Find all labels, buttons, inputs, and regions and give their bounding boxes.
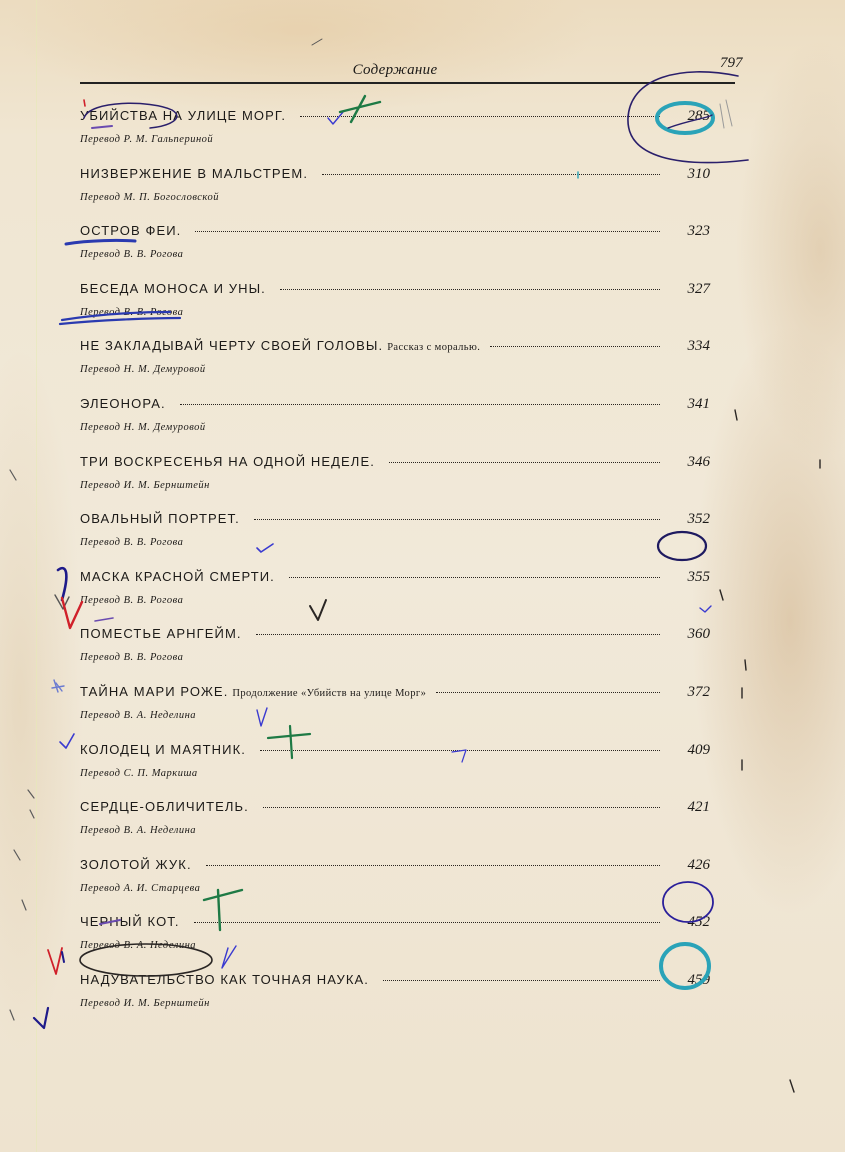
toc-entry-translator: Перевод Н. М. Демуровой <box>80 422 710 433</box>
toc-entry-page[interactable]: 346 <box>670 454 710 471</box>
toc-entry[interactable]: Остров феи. 323 Перевод В. В. Рогова <box>80 223 710 260</box>
toc-entry-page[interactable]: 426 <box>670 857 710 874</box>
toc-entry-page[interactable]: 421 <box>670 799 710 816</box>
toc-entry-page[interactable]: 409 <box>670 742 710 759</box>
toc-entry-translator: Перевод В. В. Рогова <box>80 595 710 606</box>
toc-entry[interactable]: Поместье Арнгейм. 360 Перевод В. В. Рого… <box>80 626 710 663</box>
toc-entry-title[interactable]: Поместье Арнгейм. <box>80 626 242 641</box>
toc-entry-line: Низвержение в Мальстрем. 310 <box>80 166 710 186</box>
toc-entry[interactable]: Убийства на улице Морг. 285 Перевод Р. М… <box>80 108 710 145</box>
toc-entry[interactable]: Не закладывай черту своей головы. Расска… <box>80 338 710 375</box>
toc-entry[interactable]: Черный кот. 452 Перевод В. А. Неделина <box>80 914 710 951</box>
toc-entry-title[interactable]: Сердце-обличитель. <box>80 799 249 814</box>
header-rule <box>80 82 735 84</box>
toc-entry[interactable]: Маска красной смерти. 355 Перевод В. В. … <box>80 569 710 606</box>
dot-leader <box>289 576 660 578</box>
toc-entry-page[interactable]: 310 <box>670 166 710 183</box>
dot-leader <box>383 979 660 981</box>
toc-entry-translator: Перевод И. М. Бернштейн <box>80 480 710 491</box>
toc-entry-translator: Перевод В. А. Неделина <box>80 710 710 721</box>
toc-entry-title[interactable]: Беседа Моноса и Уны. <box>80 281 266 296</box>
toc-entry-translator: Перевод В. А. Неделина <box>80 940 710 951</box>
toc-entry-title[interactable]: Овальный портрет. <box>80 511 240 526</box>
toc-entry-translator: Перевод В. В. Рогова <box>80 249 710 260</box>
toc-entry[interactable]: Золотой жук. 426 Перевод А. И. Старцева <box>80 857 710 894</box>
toc-entry-subtitle: Продолжение «Убийств на улице Морг» <box>232 688 426 699</box>
toc-entry-title[interactable]: Не закладывай черту своей головы. <box>80 338 383 353</box>
toc-entry-translator: Перевод Н. М. Демуровой <box>80 364 710 375</box>
toc-entry-page[interactable]: 334 <box>670 338 710 355</box>
toc-entry-translator: Перевод А. И. Старцева <box>80 883 710 894</box>
toc-entry-title[interactable]: Низвержение в Мальстрем. <box>80 166 308 181</box>
toc-entry-title[interactable]: Убийства на улице Морг. <box>80 108 286 123</box>
dot-leader <box>436 691 660 693</box>
page-header-title: Содержание <box>0 62 790 79</box>
dot-leader <box>194 921 660 923</box>
toc-entry-title[interactable]: Надувательство как точная наука. <box>80 972 369 987</box>
dot-leader <box>389 461 660 463</box>
toc-entry-line: Убийства на улице Морг. 285 <box>80 108 710 128</box>
toc-entry-line: Не закладывай черту своей головы. Расска… <box>80 338 710 358</box>
toc-entry-title[interactable]: Маска красной смерти. <box>80 569 275 584</box>
toc-entry-line: Беседа Моноса и Уны. 327 <box>80 281 710 301</box>
red-check-mark <box>62 598 82 628</box>
toc-entry-title[interactable]: Золотой жук. <box>80 857 192 872</box>
toc-entry[interactable]: Три воскресенья на одной неделе. 346 Пер… <box>80 454 710 491</box>
page-fold-line <box>36 0 37 1152</box>
toc-entry[interactable]: Сердце-обличитель. 421 Перевод В. А. Нед… <box>80 799 710 836</box>
dot-leader <box>490 345 660 347</box>
toc-entry-line: Надувательство как точная наука. 459 <box>80 972 710 992</box>
toc-entry-translator: Перевод В. В. Рогова <box>80 652 710 663</box>
toc-entry-page[interactable]: 360 <box>670 626 710 643</box>
dot-leader <box>256 633 660 635</box>
dot-leader <box>260 749 660 751</box>
toc-entry-page[interactable]: 452 <box>670 914 710 931</box>
toc-entry-translator: Перевод Р. М. Гальпериной <box>80 134 710 145</box>
dot-leader <box>180 403 660 405</box>
scanned-page: Содержание 797 Убийства на улице Морг. 2… <box>0 0 845 1152</box>
dot-leader <box>300 115 660 117</box>
toc-entry-subtitle: Рассказ с моралью. <box>387 342 480 353</box>
toc-entry[interactable]: Колодец и маятник. 409 Перевод С. П. Мар… <box>80 742 710 779</box>
toc-entry[interactable]: Элеонора. 341 Перевод Н. М. Демуровой <box>80 396 710 433</box>
toc-entry-page[interactable]: 341 <box>670 396 710 413</box>
toc-entry-line: Сердце-обличитель. 421 <box>80 799 710 819</box>
toc-entry[interactable]: Овальный портрет. 352 Перевод В. В. Рого… <box>80 511 710 548</box>
toc-entry-translator: Перевод В. В. Рогова <box>80 307 710 318</box>
toc-entry[interactable]: Низвержение в Мальстрем. 310 Перевод М. … <box>80 166 710 203</box>
toc-entry[interactable]: Беседа Моноса и Уны. 327 Перевод В. В. Р… <box>80 281 710 318</box>
toc-entry-line: Черный кот. 452 <box>80 914 710 934</box>
dot-leader <box>254 518 660 520</box>
toc-entry-page[interactable]: 323 <box>670 223 710 240</box>
toc-entry-title[interactable]: Элеонора. <box>80 396 166 411</box>
dot-leader <box>263 806 660 808</box>
toc-entry-line: Поместье Арнгейм. 360 <box>80 626 710 646</box>
toc-entry-translator: Перевод С. П. Маркиша <box>80 768 710 779</box>
toc-entry-line: Овальный портрет. 352 <box>80 511 710 531</box>
page-number: 797 <box>720 55 743 72</box>
toc-entry-page[interactable]: 327 <box>670 281 710 298</box>
toc-entry-line: Остров феи. 323 <box>80 223 710 243</box>
toc-entry-page[interactable]: 285 <box>670 108 710 125</box>
toc-entry-title[interactable]: Колодец и маятник. <box>80 742 246 757</box>
toc-entry-line: Маска красной смерти. 355 <box>80 569 710 589</box>
toc-entry-title[interactable]: Остров феи. <box>80 223 181 238</box>
dot-leader <box>322 173 660 175</box>
dot-leader <box>280 288 660 290</box>
dot-leader <box>195 230 660 232</box>
toc-entry-translator: Перевод И. М. Бернштейн <box>80 998 710 1009</box>
toc-entry-line: Три воскресенья на одной неделе. 346 <box>80 454 710 474</box>
toc-entry-title[interactable]: Черный кот. <box>80 914 180 929</box>
toc-entry-title[interactable]: Тайна Мари Роже. <box>80 684 228 699</box>
toc-entry-translator: Перевод В. А. Неделина <box>80 825 710 836</box>
toc-entry-line: Колодец и маятник. 409 <box>80 742 710 762</box>
toc-entry-page[interactable]: 355 <box>670 569 710 586</box>
toc-entry-translator: Перевод М. П. Богословской <box>80 192 710 203</box>
toc-entry-line: Тайна Мари Роже. Продолжение «Убийств на… <box>80 684 710 704</box>
toc-entry-line: Элеонора. 341 <box>80 396 710 416</box>
toc-entry-title[interactable]: Три воскресенья на одной неделе. <box>80 454 375 469</box>
toc-entry[interactable]: Тайна Мари Роже. Продолжение «Убийств на… <box>80 684 710 721</box>
toc-entry-page[interactable]: 352 <box>670 511 710 528</box>
toc-entry-page[interactable]: 372 <box>670 684 710 701</box>
toc-entry-page[interactable]: 459 <box>670 972 710 989</box>
toc-entry-line: Золотой жук. 426 <box>80 857 710 877</box>
toc-entry[interactable]: Надувательство как точная наука. 459 Пер… <box>80 972 710 1009</box>
dot-leader <box>206 864 660 866</box>
toc-entry-translator: Перевод В. В. Рогова <box>80 537 710 548</box>
